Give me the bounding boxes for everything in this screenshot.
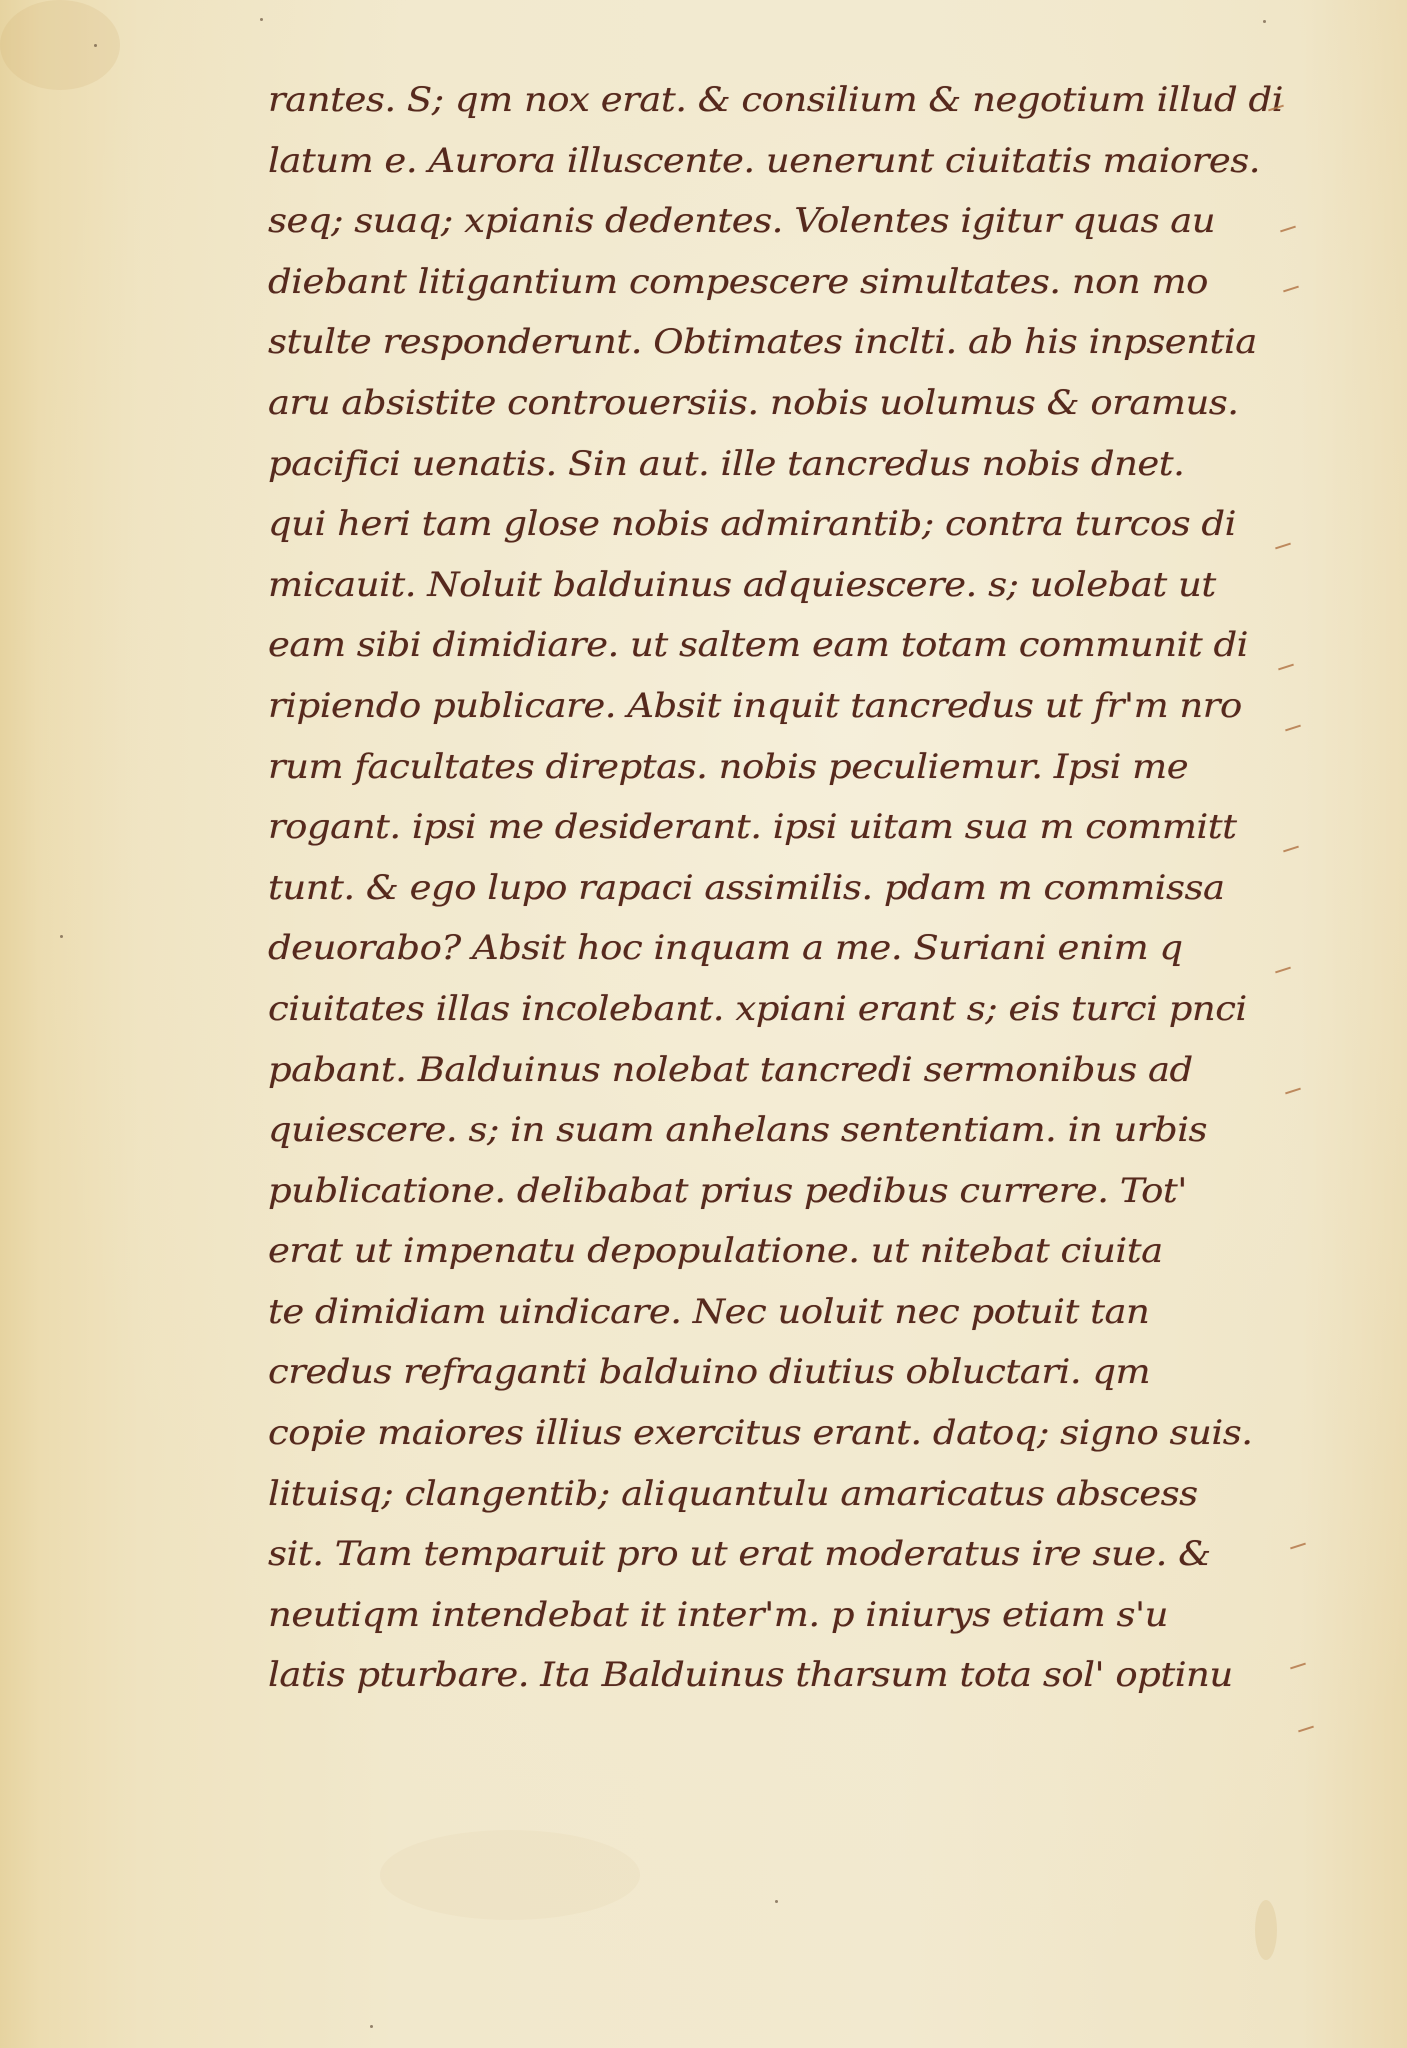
text-line: micauit. Noluit balduinus adquiescere. s… [268, 557, 1318, 613]
text-line: diebant litigantium compescere simultate… [268, 254, 1318, 310]
text-line: sit. Tam temparuit pro ut erat moderatus… [268, 1527, 1318, 1583]
speck [775, 1900, 778, 1903]
text-line: neutiqm intendebat it inter'm. p iniurys… [268, 1587, 1318, 1643]
text-line: tunt. & ego lupo rapaci assimilis. pdam … [268, 860, 1318, 916]
text-line: ripiendo publicare. Absit inquit tancred… [268, 678, 1318, 734]
text-line: eam sibi dimidiare. ut saltem eam totam … [268, 618, 1318, 674]
speck [1263, 20, 1266, 23]
parchment-stain [1255, 1900, 1277, 1960]
text-line: publicatione. delibabat prius pedibus cu… [268, 1163, 1318, 1219]
text-line: ciuitates illas incolebant. xpiani erant… [268, 981, 1318, 1037]
text-line: seq; suaq; xpianis dedentes. Volentes ig… [268, 194, 1318, 250]
text-line: stulte responderunt. Obtimates inclti. a… [268, 315, 1318, 371]
text-line: rantes. S; qm nox erat. & consilium & ne… [268, 72, 1318, 128]
line-end-hyphen [1298, 1726, 1314, 1733]
text-line: latis pturbare. Ita Balduinus tharsum to… [268, 1648, 1318, 1704]
text-line: quiescere. s; in suam anhelans sententia… [268, 1103, 1318, 1159]
text-line: aru absistite controuersiis. nobis uolum… [268, 375, 1318, 431]
speck [370, 2025, 373, 2028]
parchment-stain [380, 1830, 640, 1920]
text-line: lituisq; clangentib; aliquantulu amarica… [268, 1466, 1318, 1522]
speck [94, 44, 97, 47]
parchment-stain [0, 0, 120, 90]
text-line: qui heri tam glose nobis admirantib; con… [268, 497, 1318, 553]
text-line: erat ut impenatu depopulatione. ut niteb… [268, 1224, 1318, 1280]
speck [60, 935, 63, 938]
text-line: pabant. Balduinus nolebat tancredi sermo… [268, 1042, 1318, 1098]
manuscript-text-block: rantes. S; qm nox erat. & consilium & ne… [268, 70, 1318, 1706]
text-line: deuorabo? Absit hoc inquam a me. Suriani… [268, 921, 1318, 977]
text-line: rogant. ipsi me desiderant. ipsi uitam s… [268, 800, 1318, 856]
text-line: pacifici uenatis. Sin aut. ille tancredu… [268, 436, 1318, 492]
speck [260, 18, 263, 21]
text-line: copie maiores illius exercitus erant. da… [268, 1405, 1318, 1461]
text-line: te dimidiam uindicare. Nec uoluit nec po… [268, 1284, 1318, 1340]
manuscript-page: rantes. S; qm nox erat. & consilium & ne… [0, 0, 1407, 2048]
text-line: rum facultates direptas. nobis peculiemu… [268, 739, 1318, 795]
text-line: latum e. Aurora illuscente. uenerunt ciu… [268, 133, 1318, 189]
text-line: credus refraganti balduino diutius obluc… [268, 1345, 1318, 1401]
